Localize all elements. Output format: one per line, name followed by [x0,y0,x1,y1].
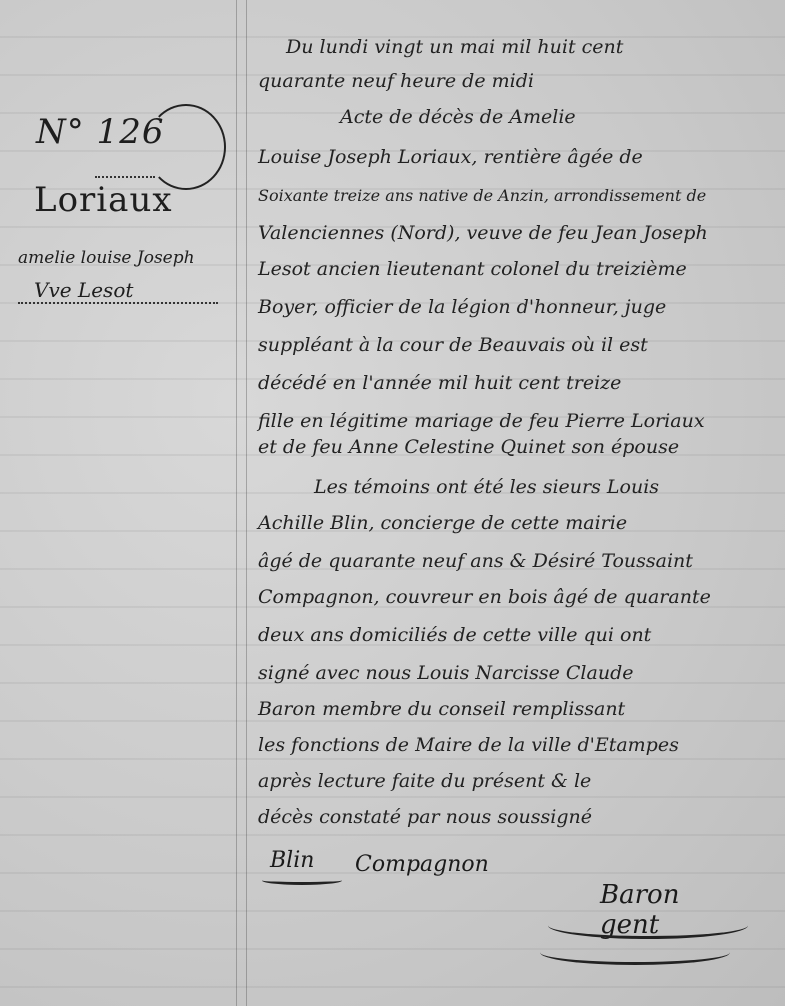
signature-flourish [262,876,342,885]
margin-surname: Loriaux [34,180,173,220]
body-line: Du lundi vingt un mai mil huit cent [286,36,623,58]
body-line: signé avec nous Louis Narcisse Claude [258,662,633,684]
margin-widow-note: Vve Lesot [34,278,133,302]
entry-number-bracket [146,104,226,190]
body-line: fille en légitime mariage de feu Pierre … [258,410,705,432]
signature-witness-1: Blin [270,848,314,873]
signature-witness-2: Compagnon [355,852,489,877]
entry-number: N° 126 [36,112,164,152]
signature-flourish-officer [548,912,748,939]
body-line: quarante neuf heure de midi [258,70,534,92]
body-line: et de feu Anne Celestine Quinet son épou… [258,436,679,458]
body-line: Acte de décès de Amelie [340,106,576,128]
margin-rule [236,0,237,1006]
body-line: Les témoins ont été les sieurs Louis [314,476,659,498]
body-line: Valenciennes (Nord), veuve de feu Jean J… [258,222,708,244]
body-line: Compagnon, couvreur en bois âgé de quara… [258,586,711,608]
body-line: Soixante treize ans native de Anzin, arr… [258,186,706,205]
register-page: N° 126 Loriaux amelie louise Joseph Vve … [0,0,785,1006]
margin-column: N° 126 Loriaux amelie louise Joseph Vve … [0,0,235,1006]
body-line: après lecture faite du présent & le [258,770,591,792]
body-line: Boyer, officier de la légion d'honneur, … [258,296,666,318]
body-line: suppléant à la cour de Beauvais où il es… [258,334,648,356]
margin-rule-inner [246,0,247,1006]
decorative-squiggle-2 [18,302,218,304]
body-line: deux ans domiciliés de cette ville qui o… [258,624,651,646]
body-line: décédé en l'année mil huit cent treize [258,372,621,394]
margin-given-names: amelie louise Joseph [18,248,195,268]
body-line: les fonctions de Maire de la ville d'Eta… [258,734,679,756]
decorative-squiggle [95,176,155,178]
body-line: Lesot ancien lieutenant colonel du treiz… [258,258,687,280]
signature-flourish-officer-2 [540,940,730,965]
body-line: Baron membre du conseil remplissant [258,698,625,720]
body-line: âgé de quarante neuf ans & Désiré Toussa… [258,550,693,572]
body-line: Achille Blin, concierge de cette mairie [258,512,627,534]
body-line: Louise Joseph Loriaux, rentière âgée de [258,146,643,168]
body-line: décès constaté par nous soussigné [258,806,592,828]
